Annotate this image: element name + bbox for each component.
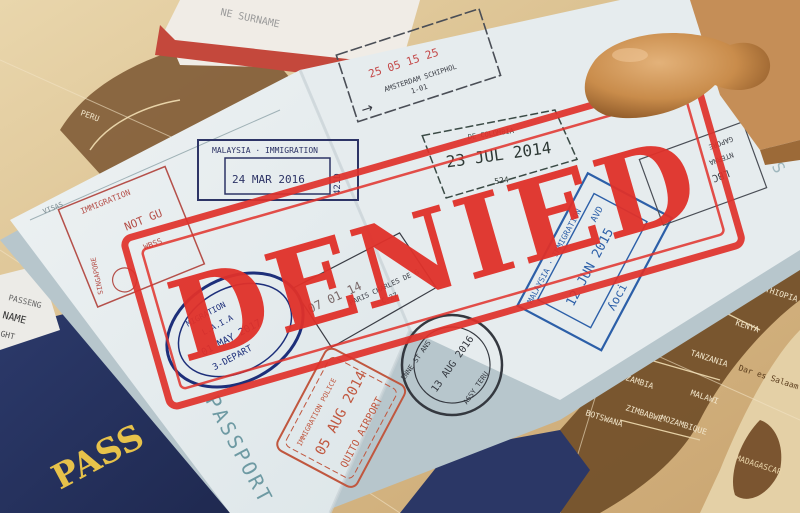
passport-denied-photo: PERU ETHIOPIA KENYA TANZANIA ZAMBIA BOTS… [0, 0, 800, 513]
svg-text:24 MAR 2016: 24 MAR 2016 [232, 173, 305, 186]
svg-text:MALAYSIA · IMMIGRATION: MALAYSIA · IMMIGRATION [212, 146, 318, 155]
